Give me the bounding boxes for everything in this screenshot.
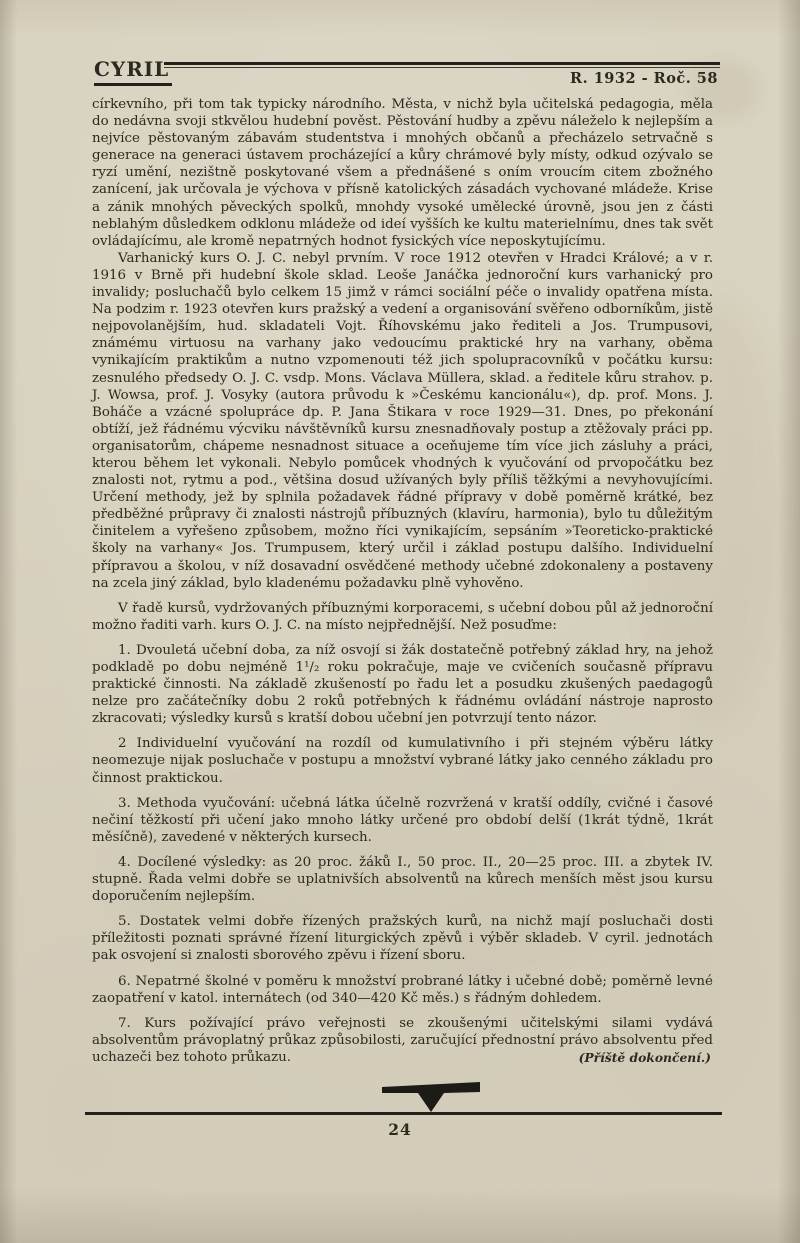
- paragraph-item-2: 2 Individuelní vyučování na rozdíl od ku…: [92, 735, 713, 786]
- paragraph-item-1: 1. Dvouletá učební doba, za níž osvojí s…: [92, 642, 713, 727]
- paragraph-item-5: 5. Dostatek velmi dobře řízených pražský…: [92, 913, 713, 964]
- arrow-down-ornament-icon: [382, 1082, 480, 1114]
- footer-rule: [85, 1112, 722, 1115]
- issue-label: R. 1932 - Roč. 58: [570, 70, 718, 87]
- paragraph: církevního, při tom tak typicky národníh…: [92, 96, 713, 250]
- continuation-note: (Příště dokončení.): [553, 1049, 711, 1066]
- body-text: církevního, při tom tak typicky národníh…: [92, 96, 713, 1119]
- paragraph-item-7: 7. Kurs požívající právo veřejnosti se z…: [92, 1015, 713, 1066]
- paragraph-item-3: 3. Methoda vyučování: učebná látka účeln…: [92, 795, 713, 846]
- paragraph-item-4: 4. Docílené výsledky: as 20 proc. žáků I…: [92, 854, 713, 905]
- paragraph-item-6: 6. Nepatrné školné v poměru k množství p…: [92, 973, 713, 1007]
- page-number: 24: [0, 1120, 800, 1139]
- paragraph: V řadě kursů, vydržovaných příbuznými ko…: [92, 600, 713, 634]
- paragraph: Varhanický kurs O. J. C. nebyl prvním. V…: [92, 250, 713, 592]
- page-header: CYRIL R. 1932 - Roč. 58: [92, 56, 720, 94]
- scanned-page: CYRIL R. 1932 - Roč. 58 církevního, při …: [0, 0, 800, 1243]
- header-rule: [164, 62, 720, 68]
- masthead-title: CYRIL: [94, 57, 172, 86]
